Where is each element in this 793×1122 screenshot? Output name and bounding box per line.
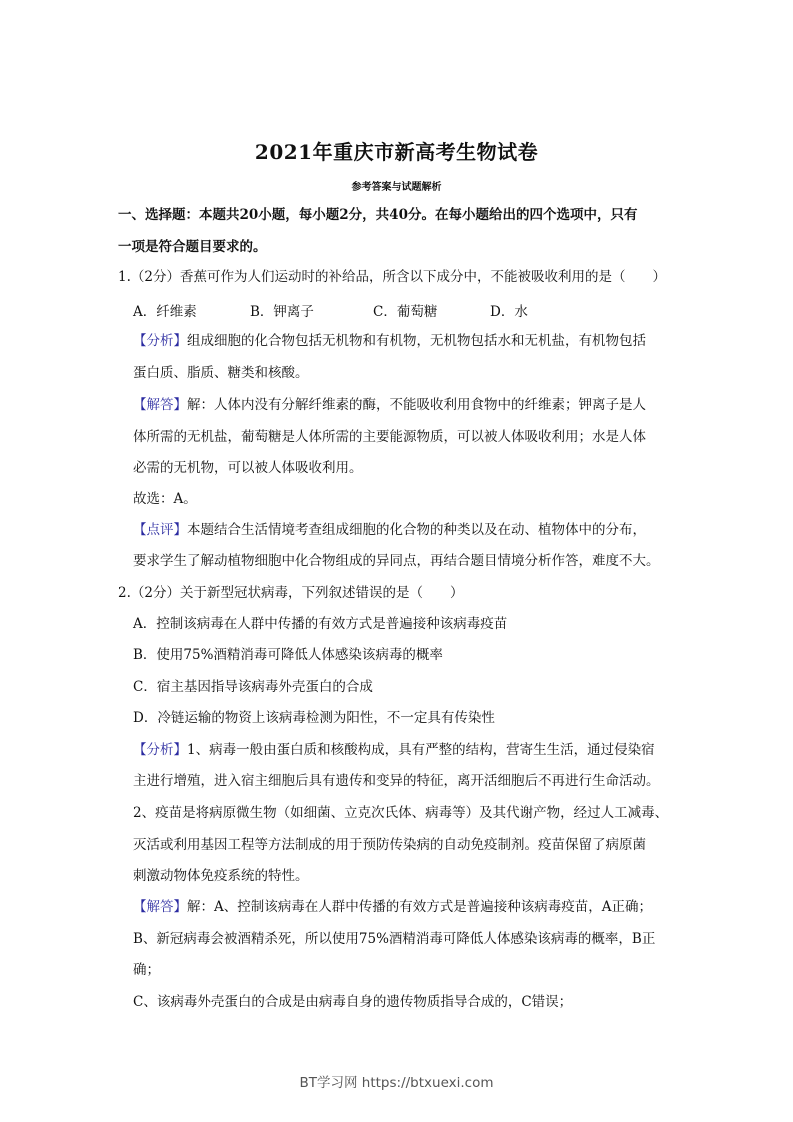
document-page: 2021年重庆市新高考生物试卷 参考答案与试题解析 一、选择题：本题共20小题，…	[0, 0, 793, 1122]
question-2-option-d: D．冷链运输的物资上该病毒检测为阳性，不一定具有传染性	[133, 709, 495, 727]
question-2-analysis-line1: 【分析】1、病毒一般由蛋白质和核酸构成，具有严整的结构，营寄生生活，通过侵染宿	[133, 741, 655, 759]
page-subtitle: 参考答案与试题解析	[0, 178, 793, 193]
question-1-answer-line3: 必需的无机物，可以被人体吸收利用。	[133, 459, 363, 477]
comment-tag: 【点评】	[133, 522, 187, 538]
answer-tag: 【解答】	[133, 899, 187, 915]
section-heading-line2: 一项是符合题目要求的。	[118, 238, 267, 256]
question-1-option-a: A．纤维素	[133, 300, 197, 320]
analysis-tag: 【分析】	[133, 742, 187, 758]
question-2-stem: 2.（2分）关于新型冠状病毒，下列叙述错误的是（ ）	[118, 584, 463, 602]
question-2-answer-line1: 【解答】解：A、控制该病毒在人群中传播的有效方式是普遍接种该病毒疫苗，A正确；	[133, 898, 652, 916]
analysis-tag: 【分析】	[133, 333, 187, 349]
question-1-answer-line1: 【解答】解：人体内没有分解纤维素的酶，不能吸收利用食物中的纤维素；钾离子是人	[133, 396, 646, 414]
question-2-analysis-line2: 主进行增殖，进入宿主细胞后具有遗传和变异的特征，离开活细胞后不再进行生命活动。	[133, 772, 660, 790]
question-1-analysis-line2: 蛋白质、脂质、糖类和核酸。	[133, 364, 309, 382]
question-1-answer-line2: 体所需的无机盐，葡萄糖是人体所需的主要能源物质，可以被人体吸收利用；水是人体	[133, 428, 646, 446]
question-2-answer-line4: C、该病毒外壳蛋白的合成是由病毒自身的遗传物质指导合成的，C错误；	[133, 993, 572, 1011]
footer-watermark: BT学习网 https://btxuexi.com	[0, 1071, 793, 1091]
question-2-option-b: B．使用75%酒精消毒可降低人体感染该病毒的概率	[133, 646, 443, 664]
section-heading-line1: 一、选择题：本题共20小题，每小题2分，共40分。在每小题给出的四个选项中，只有	[118, 206, 637, 224]
question-2-answer-line2: B、新冠病毒会被酒精杀死，所以使用75%酒精消毒可降低人体感染该病毒的概率，B正	[133, 930, 655, 948]
page-title: 2021年重庆市新高考生物试卷	[0, 136, 793, 165]
answer-tag: 【解答】	[133, 397, 187, 413]
question-2-analysis-line5: 刺激动物体免疫系统的特性。	[133, 867, 309, 885]
question-1-analysis-line1: 【分析】组成细胞的化合物包括无机物和有机物，无机物包括水和无机盐，有机物包括	[133, 332, 646, 350]
question-1-option-c: C．葡萄糖	[373, 300, 437, 320]
question-1-choice: 故选：A。	[133, 490, 197, 508]
question-1-comment-line2: 要求学生了解动植物细胞中化合物组成的异同点，再结合题目情境分析作答，难度不大。	[133, 552, 660, 570]
question-2-answer-line3: 确；	[133, 961, 160, 979]
question-1-stem: 1.（2分）香蕉可作为人们运动时的补给品，所含以下成分中，不能被吸收利用的是（ …	[118, 268, 666, 286]
question-2-analysis-line3: 2、疫苗是将病原微生物（如细菌、立克次氏体、病毒等）及其代谢产物，经过人工减毒、	[133, 804, 668, 822]
question-2-option-a: A．控制该病毒在人群中传播的有效方式是普遍接种该病毒疫苗	[133, 615, 507, 633]
question-1-option-d: D．水	[490, 300, 528, 320]
question-1-comment-line1: 【点评】本题结合生活情境考查组成细胞的化合物的种类以及在动、植物体中的分布，	[133, 521, 646, 539]
question-2-analysis-line4: 灭活或利用基因工程等方法制成的用于预防传染病的自动免疫制剂。疫苗保留了病原菌	[133, 836, 646, 854]
question-1-option-b: B．钾离子	[250, 300, 314, 320]
question-2-option-c: C．宿主基因指导该病毒外壳蛋白的合成	[133, 678, 373, 696]
